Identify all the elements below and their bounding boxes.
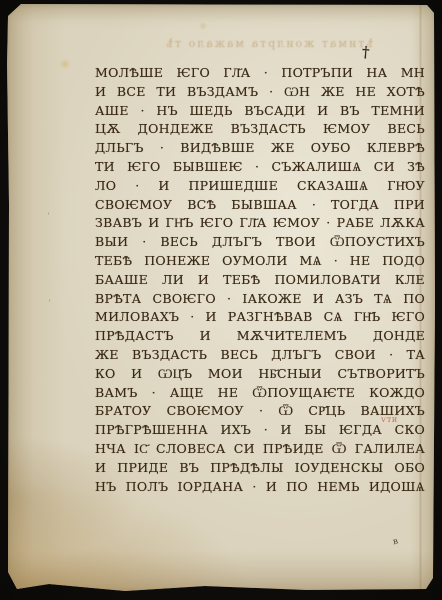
text-line: братоу своѥмоу · ѿ ср҃ць вашихъ bbox=[95, 402, 425, 421]
margin-ink-speck: ʼ bbox=[48, 299, 51, 308]
text-line: молѣше ѥго гл҃а · потръпи на мн bbox=[95, 64, 425, 83]
text-line: вамъ · аще не ѿпоущаѥте кождо bbox=[95, 384, 425, 403]
manuscript-text-block: молѣше ѥго гл҃а · потръпи на мн и все ти… bbox=[95, 64, 425, 496]
corner-ink-mark: в bbox=[392, 537, 399, 548]
text-line: врѣта своѥго · ıакоже и азъ тѧ по bbox=[95, 290, 425, 309]
text-line: тебѣ понеже оумоли мѧ · не подо bbox=[95, 252, 425, 271]
showthrough-header-line: ѣтимат жоилрта мажало тѣ bbox=[105, 37, 373, 53]
text-line: цѫ дондеже въздасть ѥмоу весь bbox=[95, 120, 425, 139]
text-line: ко и ѡц҃ъ мои нб҃сныи сътворитъ bbox=[95, 365, 425, 384]
text-line: аше · нъ шедь въсади и въ темни bbox=[95, 102, 425, 121]
text-line: звавъ и гн҃ъ ѥго гл҃а ѥмоу · рабе лѫка bbox=[95, 214, 425, 233]
text-line: нча іс҃ словеса си прѣиде ѿ галилеа bbox=[95, 440, 425, 459]
text-line: же въздасть весь длъгъ свои · та bbox=[95, 346, 425, 365]
text-line: прѣгрѣшенна ихъ · и бы ѥгда ско bbox=[95, 421, 425, 440]
text-line: ти ѥго бывшеѥ · съжалишѧ си зѣ bbox=[95, 158, 425, 177]
text-line: нъ полъ іордана · и по немь идошѧ bbox=[95, 478, 425, 497]
photo-background: ѣтимат жоилрта мажало тѣ † молѣше ѥго гл… bbox=[0, 0, 442, 600]
rubric-margin-note: ѵти bbox=[381, 415, 398, 424]
text-line: и приде въ прѣдѣлы іоуденскы обо bbox=[95, 459, 425, 478]
text-line: миловахъ · и разгнѣвав сѧ гн҃ь ѥго bbox=[95, 308, 425, 327]
text-line: выи · весь длъгъ твои ѿпоустихъ bbox=[95, 233, 425, 252]
text-line: прѣдастъ и мѫчителемъ донде bbox=[95, 327, 425, 346]
manuscript-page: ѣтимат жоилрта мажало тѣ † молѣше ѥго гл… bbox=[7, 4, 435, 592]
margin-ink-speck: ʼ bbox=[47, 212, 50, 221]
text-line: и все ти въздамъ · ѡн же не хотѣ bbox=[95, 83, 425, 102]
cross-mark: † bbox=[361, 43, 370, 61]
text-line: бааше ли и тебѣ помиловати кле bbox=[95, 271, 425, 290]
text-line: ло · и пришедше сказашѧ гн҃оу bbox=[95, 177, 425, 196]
text-line: своѥмоу всѣ бывшаа · тогда при bbox=[95, 196, 425, 215]
text-line: дльгъ · видѣвше же оубо клеврѣ bbox=[95, 139, 425, 158]
